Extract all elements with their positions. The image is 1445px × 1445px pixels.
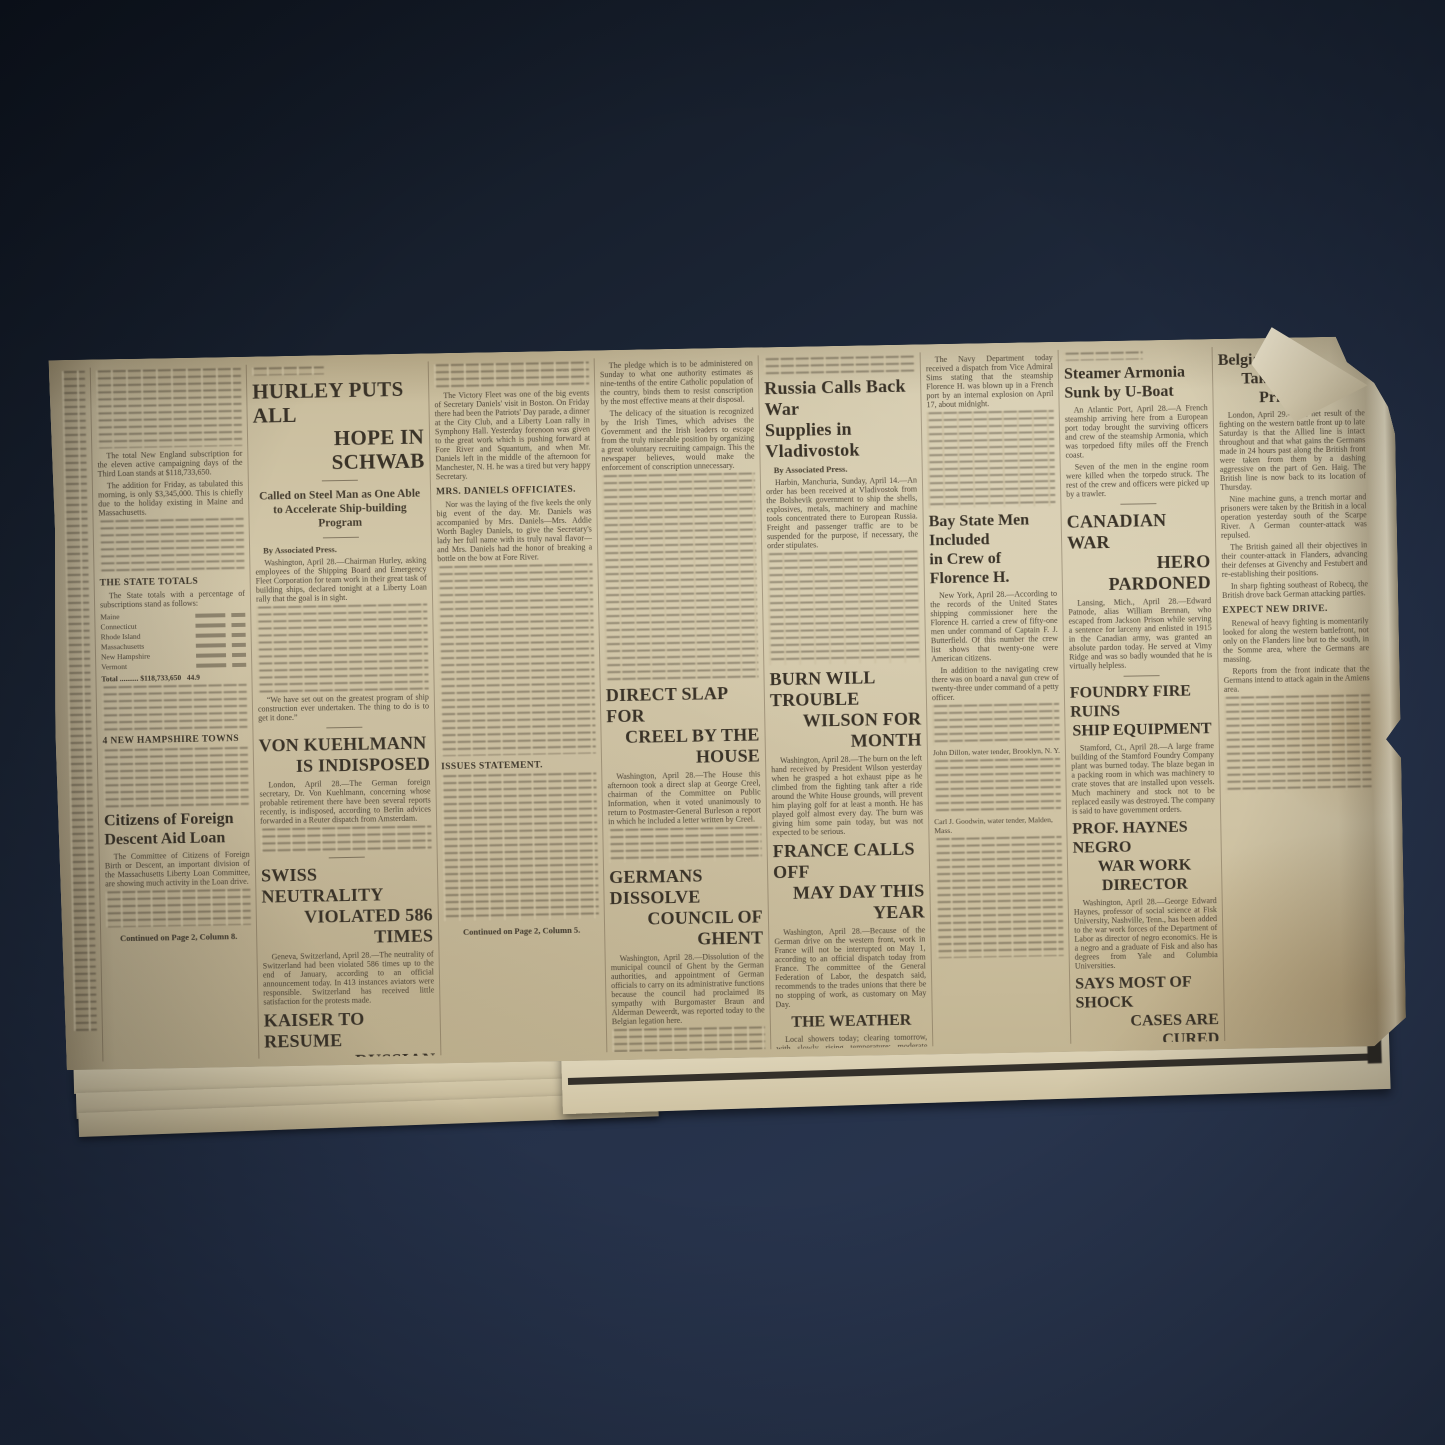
byline: By Associated Press. [263,543,426,556]
article-body: The Committee of Citizens of Foreign Bir… [105,850,251,889]
separator-rule [326,727,362,729]
crew-name-line: John Dillon, water tender, Brooklyn, N. … [933,746,1060,757]
headline-line: HOPE IN SCHWAB [253,425,425,476]
subhead-issues-statement: ISSUES STATEMENT. [441,759,596,772]
column-hurley: HURLEY PUTS ALL HOPE IN SCHWAB Called on… [247,361,442,1058]
article-body: An Atlantic Port, April 28.—A French ste… [1065,403,1209,460]
illegible-text-block [935,836,1064,958]
article-body: Nor was the laying of the five keels the… [436,497,592,563]
illegible-value [232,643,246,647]
headline-line: Sunk by U-Boat [1064,381,1207,403]
headline-foundry: FOUNDRY FIRE RUINS SHIP EQUIPMENT [1070,681,1214,741]
headline-line: CASES ARE CURED [1076,1010,1220,1044]
article-quote: “We have set out on the greatest program… [258,692,429,722]
headline-line: WAR WORK DIRECTOR [1073,855,1217,896]
illegible-text-block [927,410,1056,508]
article-body: The total New England subscription for t… [97,449,242,479]
headline-shock: SAYS MOST OF SHOCK CASES ARE CURED [1075,972,1219,1044]
illegible-text-block [764,356,915,375]
headline-line: KAISER TO RESUME [264,1007,436,1052]
headline-line: FOUNDRY FIRE RUINS [1070,681,1214,722]
article-body: The Navy Department today received a dis… [926,353,1054,409]
headline-weather: THE WEATHER [776,1010,927,1032]
illegible-text-block [256,603,429,692]
deck-hurley: Called on Steel Man as One Able to Accel… [257,487,423,532]
illegible-value [196,633,226,638]
photo-scene: and Faultless Pajamas. The total New Eng… [0,0,1445,1445]
byline: By Associated Press. [774,463,917,476]
subhead-nh-towns: 4 NEW HAMPSHIRE TOWNS [103,734,248,747]
headline-line: VIOLATED 586 TIMES [262,904,434,949]
article-body: New York, April 28.—According to the rec… [930,589,1058,663]
illegible-text-block [932,703,1060,745]
total-label: Total [101,674,118,683]
illegible-text-block [933,758,1061,814]
illegible-value [196,643,226,648]
crew-name-line: Carl J. Goodwin, water tender, Malden, M… [934,815,1061,835]
article-body: Washington, April 28.—Dissolution of the… [611,951,765,1026]
headline-swiss: SWISS NEUTRALITY VIOLATED 586 TIMES [261,862,434,949]
headline-haynes: PROF. HAYNES NEGRO WAR WORK DIRECTOR [1072,817,1216,896]
subhead-mrs-daniels: MRS. DANIELS OFFICIATES. [436,484,591,497]
illegible-value [195,623,225,628]
table-cell: Vermont [101,661,190,673]
headline-line: SHIP EQUIPMENT [1070,719,1213,741]
illegible-text-block [99,518,245,573]
column-daniels: The Victory Fleet was one of the big eve… [429,358,608,1055]
illegible-text-block [103,747,249,808]
illegible-text-block [767,550,920,665]
article-body: Nine machine guns, a trench mortar and p… [1220,492,1367,540]
headline-line: Descent Aid Loan [104,828,249,850]
article-body: Lansing, Mich., April 28.—Edward Patnode… [1068,596,1212,671]
column-armonia: Steamer Armonia Sunk by U-Boat An Atlant… [1059,347,1226,1044]
headline-line: in Crew of Florence H. [929,548,1057,588]
article-body: Washington, April 28.—The House this aft… [607,769,761,826]
article-body: London, April 28.—The German foreign sec… [259,777,431,825]
illegible-text-block [434,361,589,388]
headline-von-kuehlmann: VON KUEHLMANN IS INDISPOSED [259,732,431,777]
headline-ghent: GERMANS DISSOLVE COUNCIL OF GHENT [609,864,764,951]
article-body: In sharp fighting southeast of Robecq, t… [1222,579,1368,600]
illegible-text-block [252,366,324,375]
headline-line: MAY DAY THIS YEAR [773,880,925,925]
headline-line: DIRECT SLAP FOR [606,682,760,727]
headline-line: IS INDISPOSED [259,753,430,777]
headline-line: WILSON FOR MONTH [770,708,922,753]
headline-armonia: Steamer Armonia Sunk by U-Boat [1064,362,1208,403]
headline-line: CREEL BY THE HOUSE [606,724,760,769]
column-florence-crew: The Navy Department today received a dis… [921,350,1072,1046]
illegible-text-block [437,563,595,756]
column-belgians: Belgians at Take Over 700 Prisoners Lond… [1213,344,1382,1041]
headline-bay-state: Bay State Men Included in Crew of Floren… [929,510,1057,588]
subhead-expect-new-drive: EXPECT NEW DRIVE. [1222,603,1368,616]
column-layout: The total New England subscription for t… [49,336,1407,1071]
article-body: Local showers today; clearing tomorrow, … [776,1032,927,1049]
headline-line: GERMANS DISSOLVE [609,864,763,909]
total-value: $118,733,650 [140,673,181,683]
illegible-value [231,623,245,627]
article-body: Harbin, Manchuria, Sunday, April 14.—An … [766,476,918,551]
subhead-state-totals: THE STATE TOTALS [100,576,245,589]
table-total-row: Total .......... $118,733,650 44.9 [101,672,246,684]
article-body: The State totals with a percentage of su… [100,589,245,610]
illegible-text-block [260,825,431,852]
headline-burn: BURN WILL TROUBLE WILSON FOR MONTH [769,666,922,753]
article-body: In addition to the navigating crew there… [931,664,1059,702]
headline-france: FRANCE CALLS OFF MAY DAY THIS YEAR [773,838,926,925]
newspaper-sheet: The total New England subscription for t… [49,336,1407,1071]
separator-rule [322,537,358,539]
illegible-value [196,653,226,658]
illegible-text-block [1224,694,1372,793]
illegible-value [195,613,225,618]
article-body: The British gained all their objectives … [1221,540,1368,579]
headline-line: Bay State Men Included [929,510,1057,550]
illegible-text-block [105,889,251,928]
article-body: The addition for Friday, as tabulated th… [98,479,244,518]
illegible-text-block [602,472,759,681]
continuation-line: Continued on Page 2, Column 5. [444,924,599,937]
illegible-value [232,663,246,667]
headline-creel: DIRECT SLAP FOR CREEL BY THE HOUSE [606,682,761,769]
article-body: Washington, April 28.—George Edward Hayn… [1074,896,1218,971]
illegible-text-block [441,772,599,921]
column-russia-weather: Russia Calls Back War Supplies in Vladiv… [759,352,934,1049]
headline-line: PROF. HAYNES NEGRO [1072,817,1216,858]
article-body: Stamford, Ct., April 28.—A large frame b… [1071,741,1215,816]
headline-line: HERO PARDONED [1067,551,1211,596]
headline-line: SWISS NEUTRALITY [261,862,433,907]
column-loan-totals: The total New England subscription for t… [91,365,260,1062]
state-totals-table: Maine Connecticut Rhode Island Massachus… [100,610,246,684]
headline-line: COUNCIL OF GHENT [610,906,764,951]
headline-line: CANADIAN WAR [1067,509,1211,554]
article-body: The delicacy of the situation is recogni… [601,406,755,472]
article-body: Washington, April 28.—Chairman Hurley, a… [255,556,427,604]
headline-line: HURLEY PUTS ALL [252,377,424,428]
illegible-text-block [608,826,762,863]
article-body: Washington, April 28.—The burn on the le… [771,753,923,837]
article-body: Seven of the men in the engine room were… [1066,460,1210,499]
headline-hurley: HURLEY PUTS ALL HOPE IN SCHWAB [252,377,425,476]
headline-line: BURN WILL TROUBLE [769,666,921,711]
article-body: The pledge which is to be administered o… [600,358,754,406]
separator-rule [328,857,364,859]
headline-line: THE WEATHER [776,1010,927,1032]
column-creel-ghent: The pledge which is to be administered o… [595,355,772,1052]
headline-line: Citizens of Foreign [104,809,249,831]
separator-rule [1120,503,1156,505]
headline-line: Russia Calls Back War [764,376,916,421]
illegible-value [232,653,246,657]
illegible-text-block [612,1026,766,1052]
article-body: Reports from the front indicate that the… [1223,664,1369,694]
headline-russia: Russia Calls Back War Supplies in Vladiv… [764,376,917,463]
newspaper-stack: and Faultless Pajamas. The total New Eng… [49,336,1409,1181]
separator-rule [321,480,357,482]
illegible-value [232,633,246,637]
illegible-value [231,613,245,617]
headline-citizens: Citizens of Foreign Descent Aid Loan [104,809,250,850]
total-percent: 44.9 [187,673,200,682]
table-row: Vermont [101,660,246,673]
article-body: Washington, April 28.—Because of the Ger… [774,925,926,1009]
article-body: London, April 29.—The net result of the … [1219,408,1366,492]
article-body: The Victory Fleet was one of the big eve… [434,388,591,481]
headline-line: Supplies in Vladivostok [765,418,917,463]
separator-rule [1123,675,1159,677]
article-body: Geneva, Switzerland, April 28.—The neutr… [262,949,434,1006]
illegible-text-block [96,368,242,449]
article-body: Renewal of heavy fighting is momentarily… [1223,616,1370,664]
headline-line: Steamer Armonia [1064,362,1207,384]
headline-canadian: CANADIAN WAR HERO PARDONED [1067,509,1212,596]
illegible-text-block [102,684,248,731]
illegible-text-block [1064,351,1143,360]
headline-line: SAYS MOST OF SHOCK [1075,972,1219,1013]
headline-kaiser: KAISER TO RESUME RUSSIAN RELATIONS [264,1007,437,1058]
headline-line: FRANCE CALLS OFF [773,838,925,883]
illegible-value [196,663,226,668]
continuation-line: Continued on Page 2, Column 8. [106,931,251,944]
